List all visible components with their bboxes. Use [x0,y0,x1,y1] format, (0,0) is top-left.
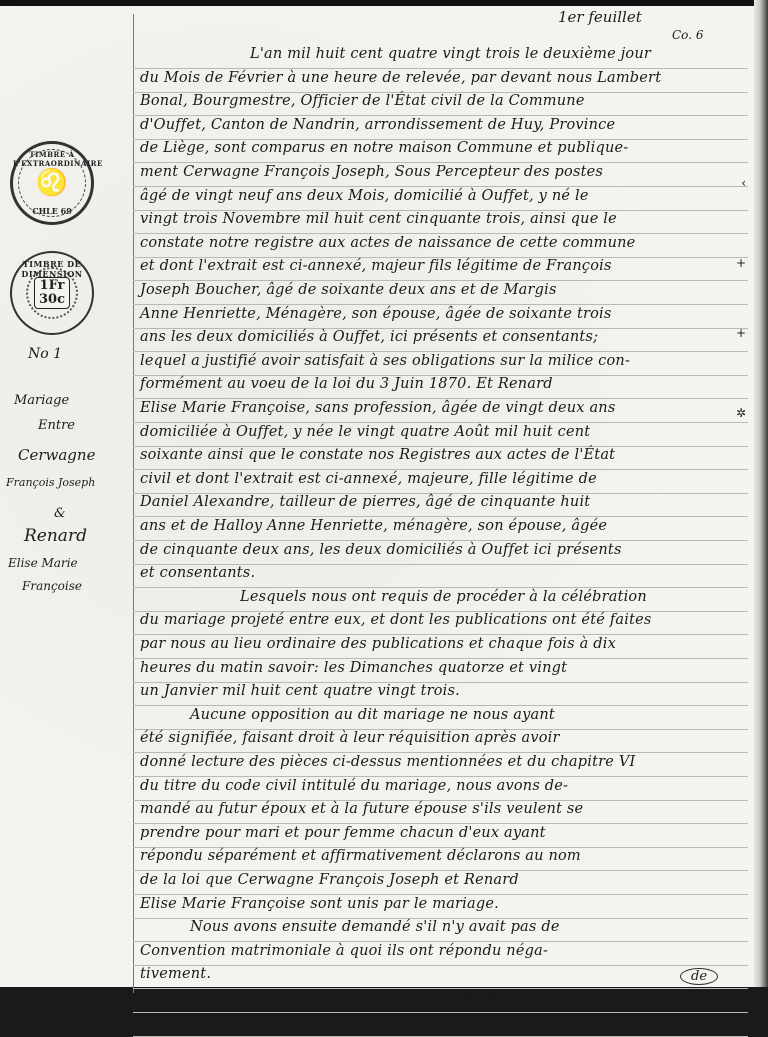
catchword: de [680,968,718,985]
bride-surname: Renard [24,526,87,546]
edge-mark: + [736,256,746,270]
stamp-top-text: TIMBRE À L'EXTRAORDINAIRE [13,150,91,168]
act-text-line: de la loi que Cerwagne François Joseph e… [140,872,519,888]
act-text-line: domiciliée à Ouffet, y née le vingt quat… [140,424,590,440]
act-text-line: ment Cerwagne François Joseph, Sous Perc… [140,164,603,180]
act-text-line: du mariage projeté entre eux, et dont le… [140,612,652,628]
act-text-line: heures du matin savoir: les Dimanches qu… [140,660,567,676]
act-text-line: Bonal, Bourgmestre, Officier de l'État c… [140,93,585,109]
act-text-line: et consentants. [140,565,255,581]
act-text-line: un Janvier mil huit cent quatre vingt tr… [140,683,460,699]
edge-mark: + [736,326,746,340]
bride-forenames: Elise Marie [8,556,78,570]
act-text-line: de cinquante deux ans, les deux domicili… [140,542,622,558]
groom-surname: Cerwagne [18,446,95,464]
scan-right-edge [754,0,768,987]
stamp-top-text: TIMBRE DE DIMENSION [12,259,92,279]
act-text-line: Lesquels nous ont requis de procéder à l… [240,589,647,605]
act-text-line: tivement. [140,966,211,982]
act-text-line: constate notre registre aux actes de nai… [140,235,635,251]
ruled-line [133,965,748,966]
act-text-line: par nous au lieu ordinaire des publicati… [140,636,616,652]
act-text-line: Nous avons ensuite demandé s'il n'y avai… [190,919,560,935]
act-text-line: de Liège, sont comparus en notre maison … [140,140,628,156]
stamp-bottom-text: CHLE 69 [13,206,91,216]
edge-mark: ‹ [741,176,746,190]
act-text-line: âgé de vingt neuf ans deux Mois, domicil… [140,188,589,204]
sheet-label: 1er feuillet [558,8,642,26]
act-text-line: Daniel Alexandre, tailleur de pierres, â… [140,494,590,510]
bride-forename-2: Françoise [22,579,82,593]
act-text-line: ans les deux domiciliés à Ouffet, ici pr… [140,329,598,345]
act-text-line: lequel a justifié avoir satisfait à ses … [140,353,630,369]
groom-forenames: François Joseph [6,476,95,489]
tax-stamp: TIMBRE À L'EXTRAORDINAIRE ♌ CHLE 69 [10,141,94,225]
act-text-line: L'an mil huit cent quatre vingt trois le… [250,46,651,62]
act-text-line: mandé au futur époux et à la future épou… [140,801,583,817]
act-text-line: Anne Henriette, Ménagère, son épouse, âg… [140,306,612,322]
act-text-line: Elise Marie Françoise sont unis par le m… [140,896,499,912]
dimension-stamp: TIMBRE DE DIMENSION 1Fr 30c [10,251,94,335]
reference-note: Co. 6 [672,28,703,42]
register-page: 1er feuillet Co. 6 TIMBRE À L'EXTRAORDIN… [0,6,762,987]
act-text-line: civil et dont l'extrait est ci-annexé, m… [140,471,597,487]
act-number: No 1 [28,346,62,362]
act-text-line: Convention matrimoniale à quoi ils ont r… [140,943,548,959]
act-text-line: Joseph Boucher, âgé de soixante deux ans… [140,282,557,298]
edge-mark: ✲ [736,406,746,420]
act-text-line: Elise Marie Françoise, sans profession, … [140,400,616,416]
margin-line: & [54,506,66,521]
act-text-line: et dont l'extrait est ci-annexé, majeur … [140,258,612,274]
act-text-line: formément au voeu de la loi du 3 Juin 18… [140,376,553,392]
act-text-line: du Mois de Février à une heure de relevé… [140,70,661,86]
act-text-line: répondu séparément et affirmativement dé… [140,848,581,864]
act-text-line: soixante ainsi que le constate nos Regis… [140,447,615,463]
act-text-line: prendre pour mari et pour femme chacun d… [140,825,546,841]
act-text-line: ans et de Halloy Anne Henriette, ménagèr… [140,518,607,534]
act-text-line: Aucune opposition au dit mariage ne nous… [190,707,555,723]
act-text-line: été signifiée, faisant droit à leur réqu… [140,730,560,746]
margin-line: Entre [38,418,75,433]
act-text-line: vingt trois Novembre mil huit cent cinqu… [140,211,617,227]
act-text-line: d'Ouffet, Canton de Nandrin, arrondissem… [140,117,615,133]
act-text-line: du titre du code civil intitulé du maria… [140,778,568,794]
margin-line: Mariage [14,393,69,408]
act-text-line: donné lecture des pièces ci-dessus menti… [140,754,635,770]
